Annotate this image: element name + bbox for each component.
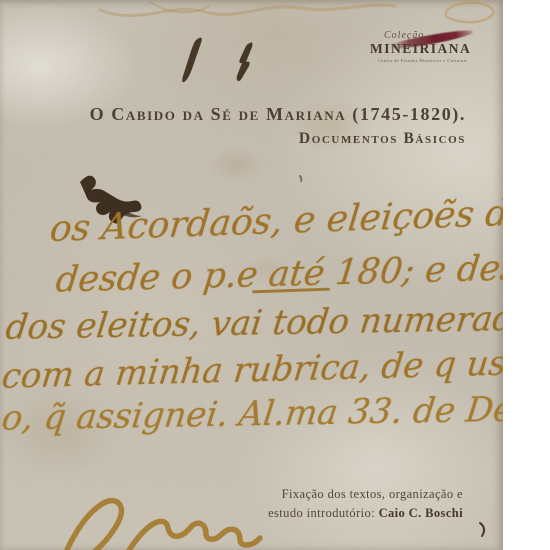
book-title: O Cabido da Sé de Mariana (1745-1820). D… [60, 104, 466, 148]
series-logo-name: MINEIRIANA [370, 41, 490, 57]
credits-author: Caio C. Boschi [379, 506, 463, 520]
series-logo: Coleção MINEIRIANA Centro de Estudos His… [370, 30, 490, 63]
bottom-flourish-icon [66, 501, 260, 550]
credits-line2: estudo introdutório: Caio C. Boschi [268, 504, 463, 523]
manuscript-line-5: o, q̃ assignei. Al.ma 33. de De [0, 389, 503, 438]
book-title-line2: Documentos Básicos [60, 130, 466, 148]
faded-top-script-icon [100, 2, 493, 22]
manuscript-line-4: com a minha rubrica, de q us [0, 343, 503, 396]
credits-line1: Fixação dos textos, organização e [268, 485, 463, 504]
book-cover-photo: Coleção MINEIRIANA Centro de Estudos His… [0, 0, 503, 550]
credits-block: Fixação dos textos, organização e estudo… [268, 485, 463, 523]
manuscript-line-1: os Acordaõs, e eleiçoẽs do I [48, 191, 503, 250]
gold-curl-top-right-icon [446, 3, 494, 23]
series-logo-tagline: Centro de Estudos Históricos e Culturais [378, 58, 490, 63]
manuscript-line-2: desde o p.e até 180; e desd [54, 248, 503, 301]
manuscript-line-3: dos eleitos, vai todo numerado [4, 298, 503, 347]
book-title-line1: O Cabido da Sé de Mariana (1745-1820). [60, 104, 466, 125]
ink-slash-marks-icon [182, 38, 252, 83]
credits-line2-prefix: estudo introdutório: [268, 506, 378, 520]
